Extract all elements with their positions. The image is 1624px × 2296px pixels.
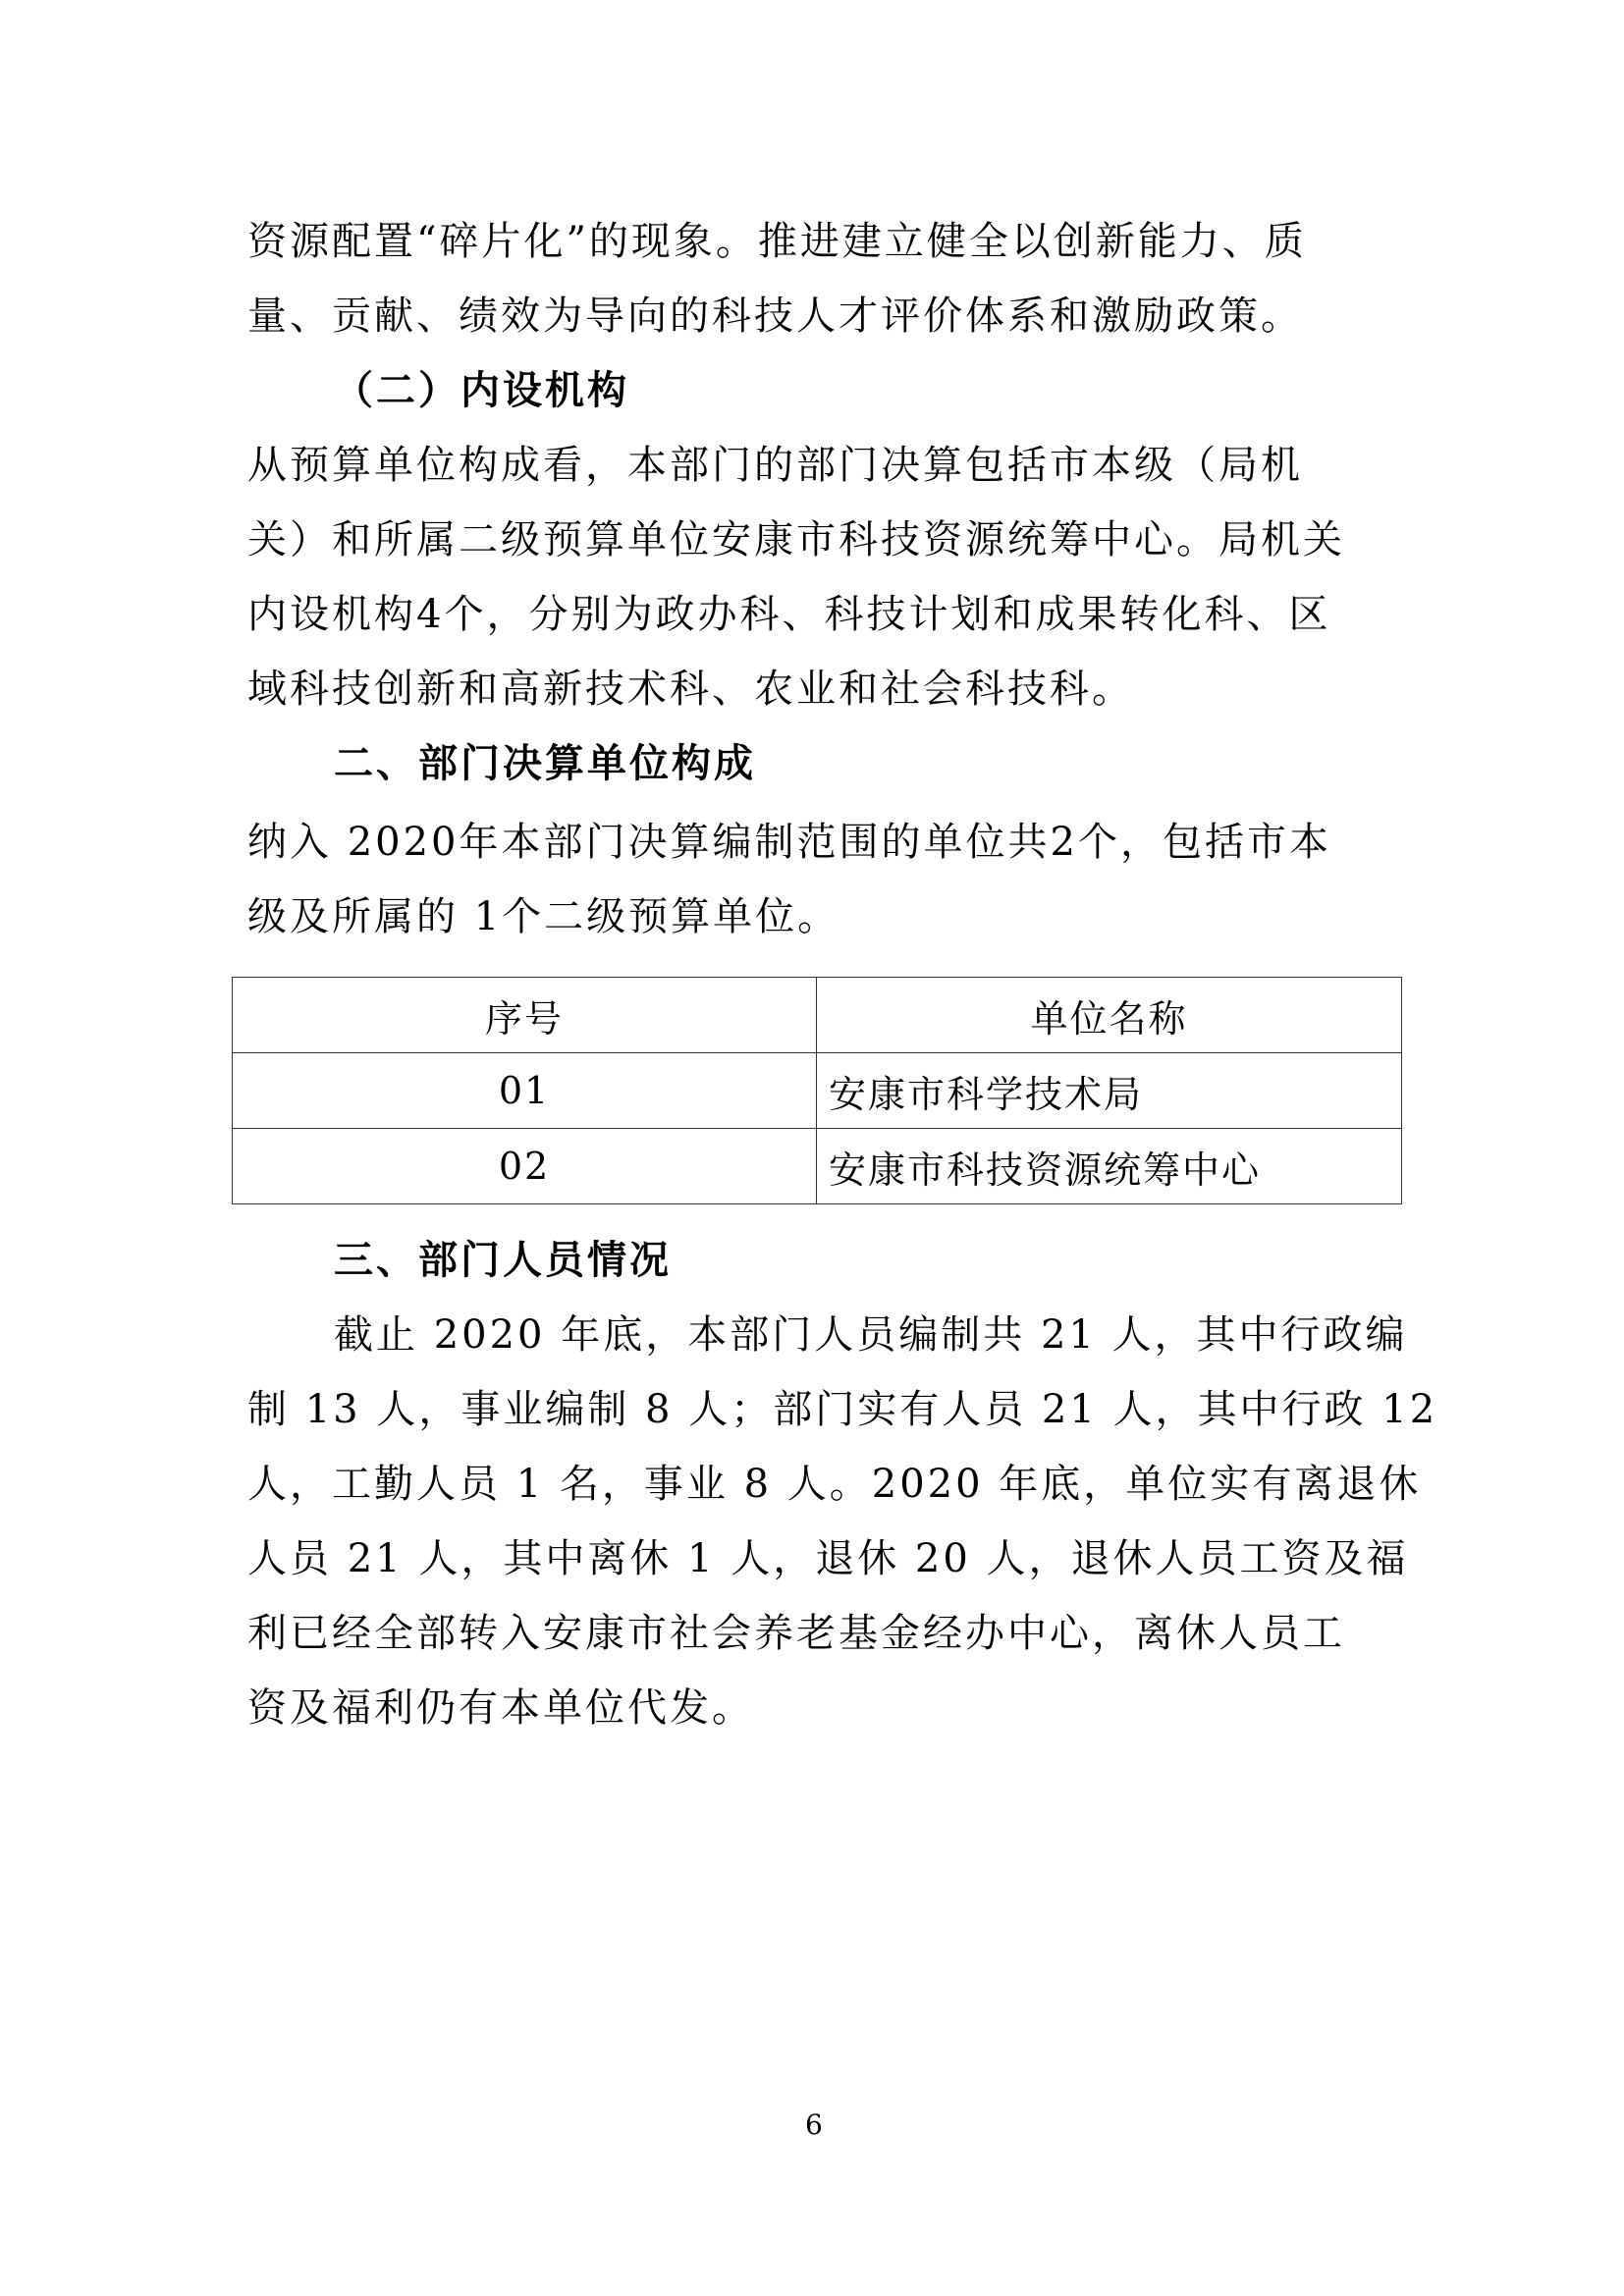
paragraph-line: 量、贡献、绩效为导向的科技人才评价体系和激励政策。 — [247, 279, 1303, 353]
document-page: 资源配置“碎片化”的现象。推进建立健全以创新能力、质 量、贡献、绩效为导向的科技… — [0, 0, 1624, 2296]
page-number: 6 — [805, 2109, 823, 2141]
cell-unit-name: 安康市科技资源统筹中心 — [817, 1129, 1402, 1204]
unit-table: 序号 单位名称 01 安康市科学技术局 02 安康市科技资源统筹中心 — [232, 977, 1402, 1204]
paragraph-line: 人，工勤人员 1 名，事业 8 人。2020 年底，单位实有离退休 — [247, 1447, 1421, 1522]
paragraph-line: 制 13 人，事业编制 8 人；部门实有人员 21 人，其中行政 12 — [247, 1372, 1437, 1447]
column-header-unit-name: 单位名称 — [817, 978, 1402, 1053]
cell-index: 02 — [233, 1129, 817, 1204]
paragraph-line: 内设机构4个，分别为政办科、科技计划和成果转化科、区 — [247, 577, 1330, 652]
section-heading-staff: 三、部门人员情况 — [334, 1223, 672, 1298]
paragraph-line: 从预算单位构成看，本部门的部门决算包括市本级（局机 — [247, 428, 1303, 503]
cell-index: 01 — [233, 1053, 817, 1129]
paragraph-line: 域科技创新和高新技术科、农业和社会科技科。 — [247, 652, 1134, 726]
section-heading-internal-structure: （二）内设机构 — [334, 353, 629, 428]
paragraph-line: 级及所属的 1个二级预算单位。 — [247, 880, 839, 954]
paragraph-line: 资及福利仍有本单位代发。 — [247, 1671, 754, 1745]
paragraph-line: 截止 2020 年底，本部门人员编制共 21 人，其中行政编 — [334, 1298, 1408, 1372]
table-row: 02 安康市科技资源统筹中心 — [233, 1129, 1402, 1204]
table-header-row: 序号 单位名称 — [233, 978, 1402, 1053]
paragraph-line: 资源配置“碎片化”的现象。推进建立健全以创新能力、质 — [247, 204, 1307, 279]
paragraph-line: 利已经全部转入安康市社会养老基金经办中心，离休人员工 — [247, 1596, 1345, 1671]
column-header-index: 序号 — [233, 978, 817, 1053]
cell-unit-name: 安康市科学技术局 — [817, 1053, 1402, 1129]
paragraph-line: 人员 21 人，其中离休 1 人，退休 20 人，退休人员工资及福 — [247, 1522, 1409, 1596]
paragraph-line: 纳入 2020年本部门决算编制范围的单位共2个，包括市本 — [247, 805, 1331, 880]
table-row: 01 安康市科学技术局 — [233, 1053, 1402, 1129]
section-heading-unit-composition: 二、部门决算单位构成 — [334, 726, 756, 801]
paragraph-line: 关）和所属二级预算单位安康市科技资源统筹中心。局机关 — [247, 503, 1345, 577]
